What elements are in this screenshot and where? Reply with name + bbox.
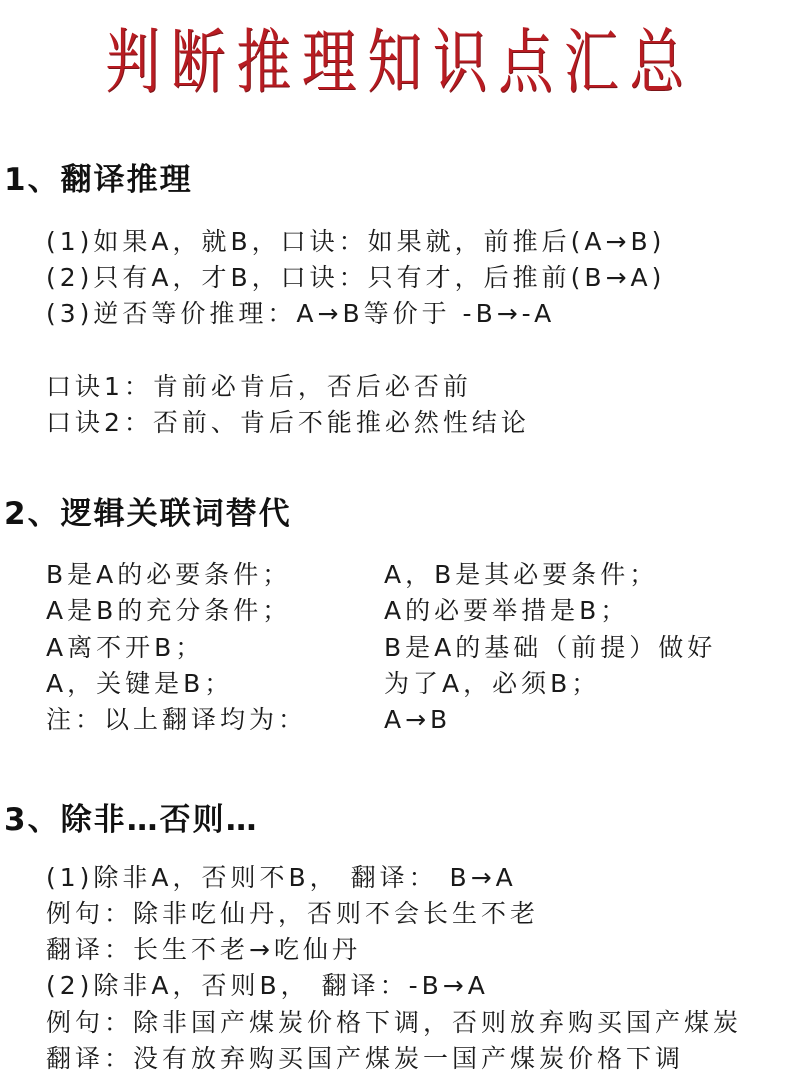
rule-line: (1)如果A，就B，口诀：如果就，前推后(A→B) bbox=[46, 225, 665, 259]
unless-line: (2)除非A，否则B， 翻译：-B→A bbox=[46, 969, 489, 1003]
connective-right: A的必要举措是B； bbox=[384, 594, 629, 628]
connective-right: B是A的基础（前提）做好 bbox=[384, 631, 716, 665]
section-heading-unless: 3、除非…否则… bbox=[4, 800, 259, 840]
section-heading-translation: 1、翻译推理 bbox=[4, 160, 193, 200]
page-title: 判断推理知识点汇总 bbox=[88, 22, 712, 102]
rule-line: (3)逆否等价推理：A→B等价于 -B→-A bbox=[46, 297, 555, 331]
section-heading-connectives: 2、逻辑关联词替代 bbox=[4, 494, 292, 534]
unless-line: 例句：除非国产煤炭价格下调，否则放弃购买国产煤炭 bbox=[46, 1006, 742, 1040]
unless-line: 翻译：长生不老→吃仙丹 bbox=[46, 933, 361, 967]
connective-left: A是B的充分条件； bbox=[46, 594, 291, 628]
unless-line: 例句：除非吃仙丹，否则不会长生不老 bbox=[46, 897, 539, 931]
rule-line: (2)只有A，才B，口诀：只有才，后推前(B→A) bbox=[46, 261, 665, 295]
connective-left: A离不开B； bbox=[46, 631, 204, 665]
unless-line: (1)除非A，否则不B， 翻译： B→A bbox=[46, 861, 517, 895]
connective-right: 为了A，必须B； bbox=[384, 667, 600, 701]
mnemonic-line: 口诀2：否前、肯后不能推必然性结论 bbox=[46, 406, 530, 440]
connective-left: A，关键是B； bbox=[46, 667, 233, 701]
connective-left: B是A的必要条件； bbox=[46, 558, 291, 592]
note-formula: A→B bbox=[384, 703, 451, 737]
connective-right: A，B是其必要条件； bbox=[384, 558, 658, 592]
note-label: 注：以上翻译均为： bbox=[46, 703, 307, 737]
mnemonic-line: 口诀1：肯前必肯后，否后必否前 bbox=[46, 370, 472, 404]
unless-line: 翻译：没有放弃购买国产煤炭一国产煤炭价格下调 bbox=[46, 1042, 684, 1076]
